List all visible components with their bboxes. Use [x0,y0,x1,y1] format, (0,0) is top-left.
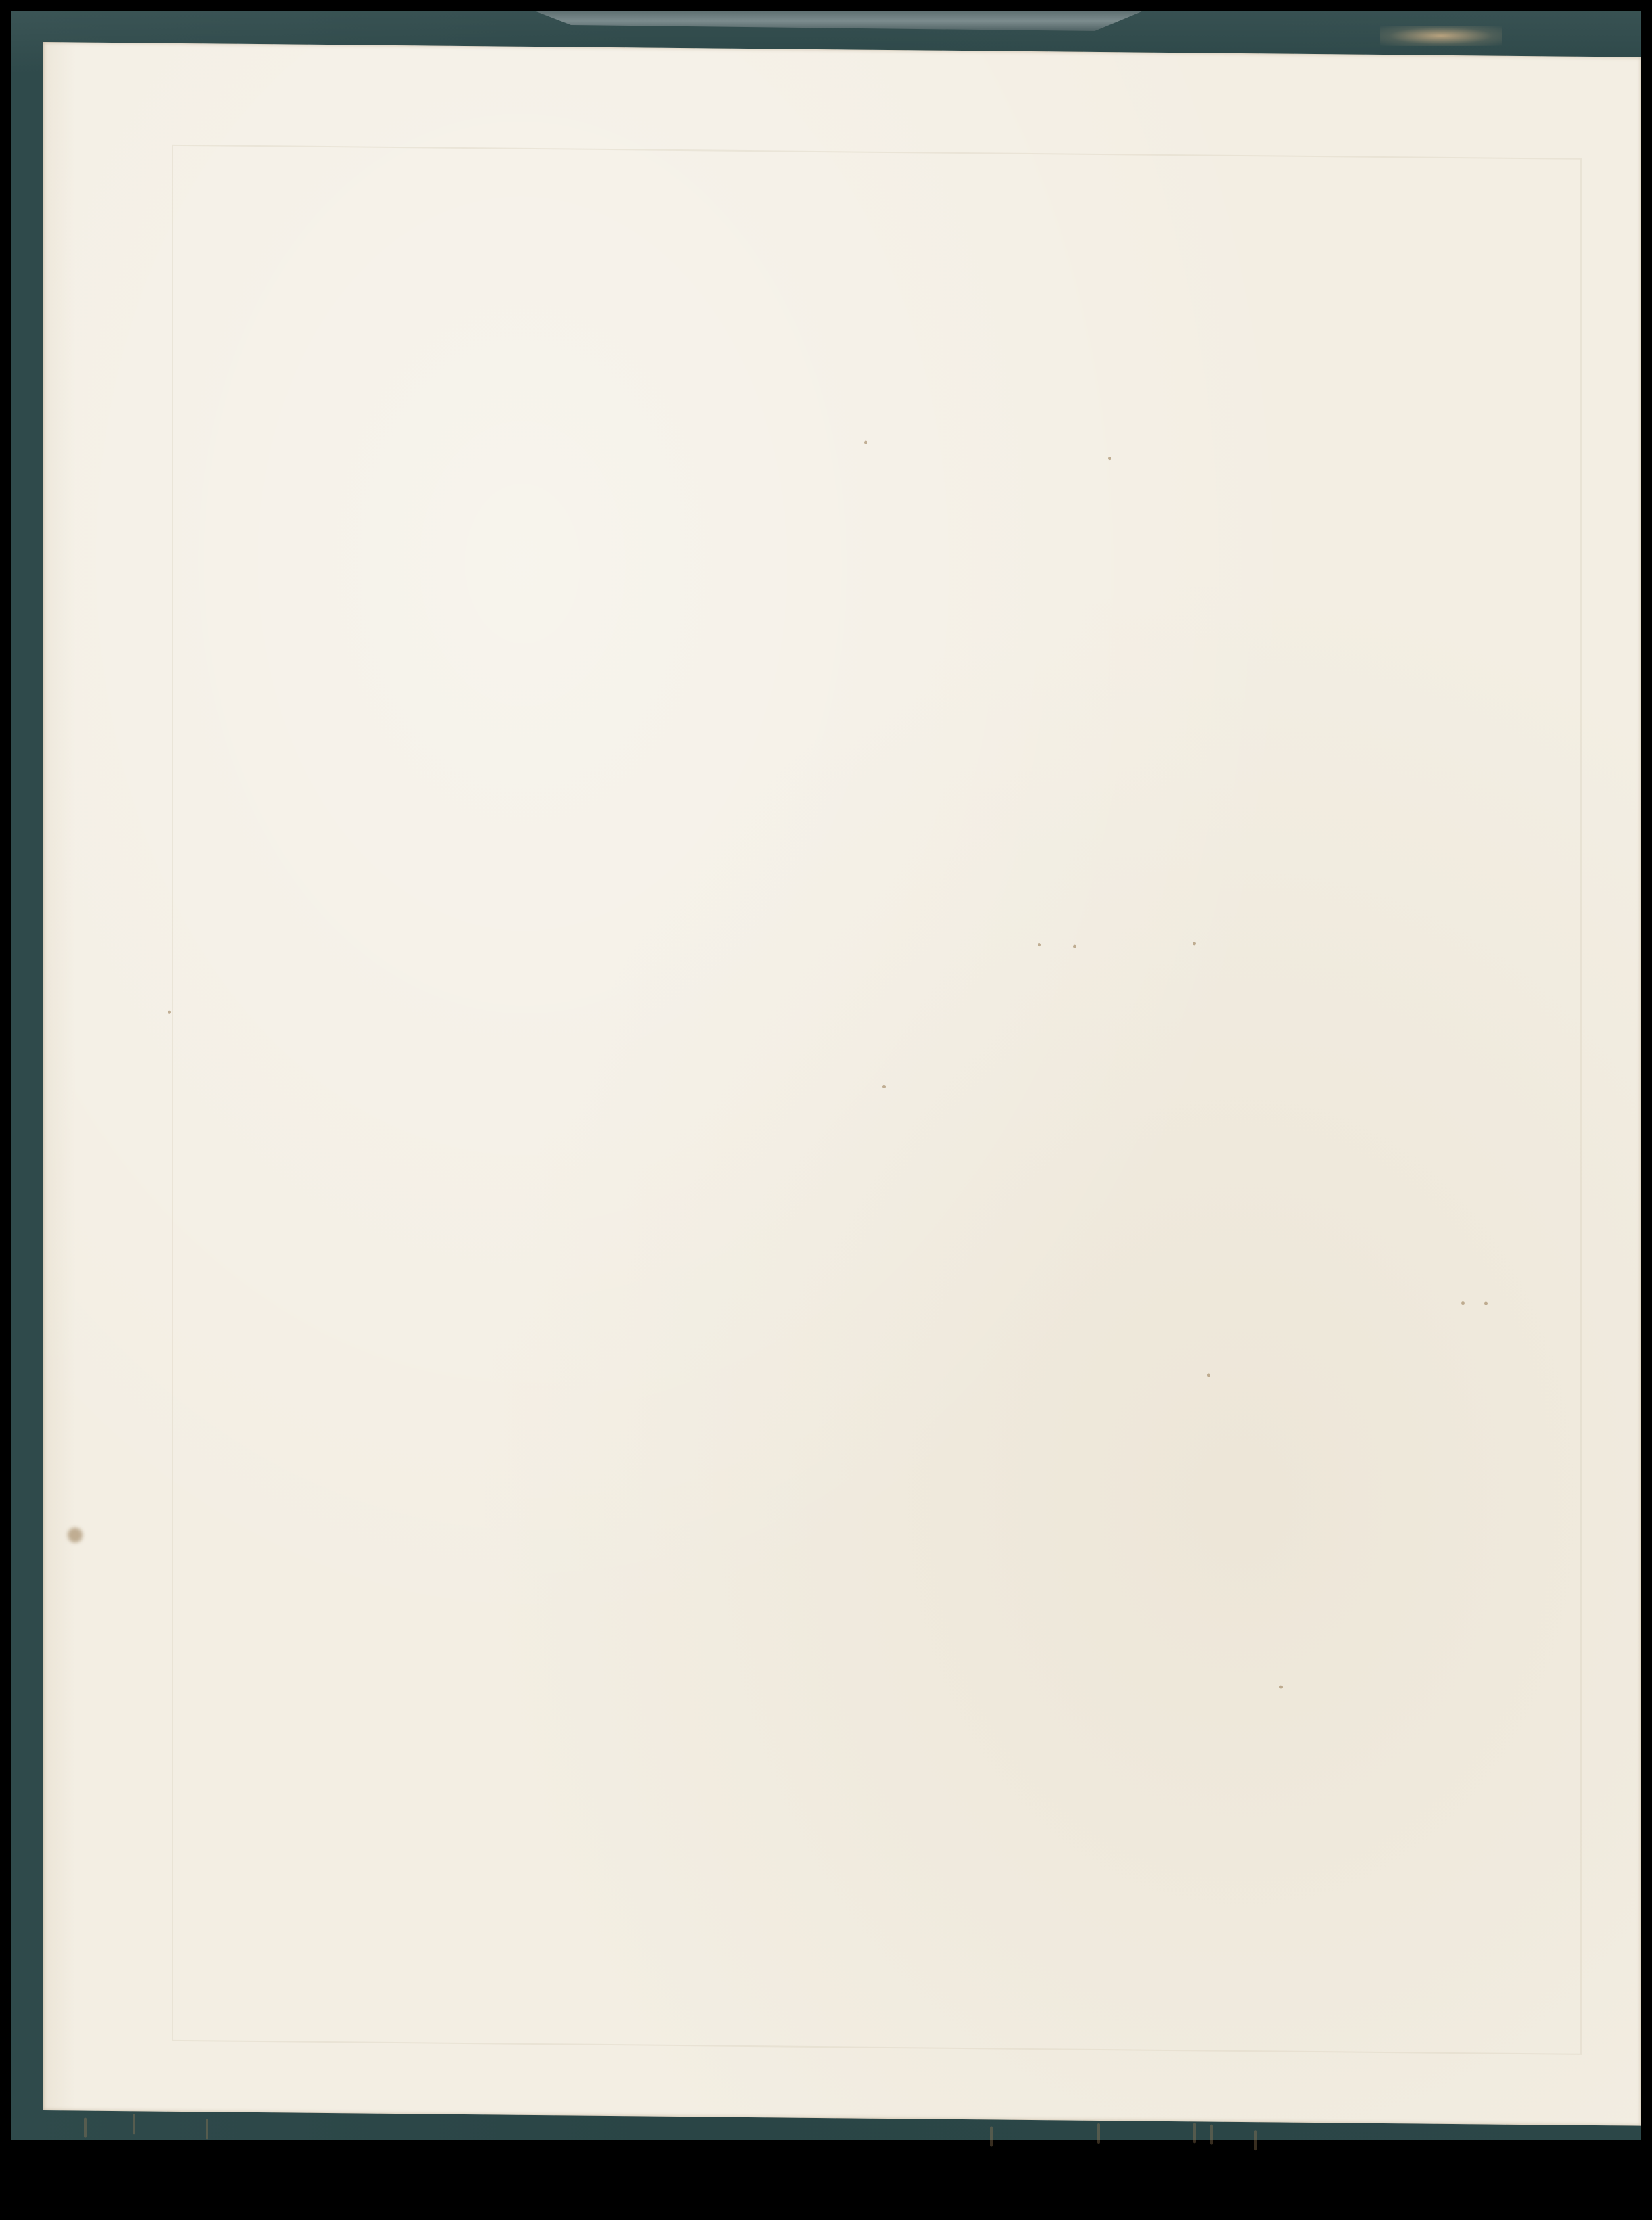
faint-plate-mark [172,145,1582,2055]
foxing-spot [1038,943,1041,946]
foxing-spot [1484,1301,1488,1305]
blank-endpaper-page [43,42,1641,2126]
foxing-spot [168,1011,171,1014]
foxing-spot [864,441,867,444]
foxing-streak [1210,2125,1213,2145]
foxing-streak [133,2114,135,2134]
scan-background [0,0,1652,2220]
foxing-spot [68,1527,83,1542]
foxing-streak [84,2118,87,2138]
foxing-spot [1193,942,1196,945]
board-wear-spot [1380,26,1502,46]
foxing-streak [206,2119,208,2139]
foxing-spot [1279,1686,1283,1689]
foxing-spot [882,1085,886,1088]
foxing-spot [1461,1301,1465,1305]
foxing-spot [1108,457,1111,460]
foxing-spot [1073,945,1076,948]
foxing-spot [1207,1374,1210,1377]
foxing-streak [990,2126,993,2146]
foxing-streak [1097,2123,1100,2144]
foxing-streak [1254,2130,1257,2150]
foxing-streak [1193,2123,1196,2143]
